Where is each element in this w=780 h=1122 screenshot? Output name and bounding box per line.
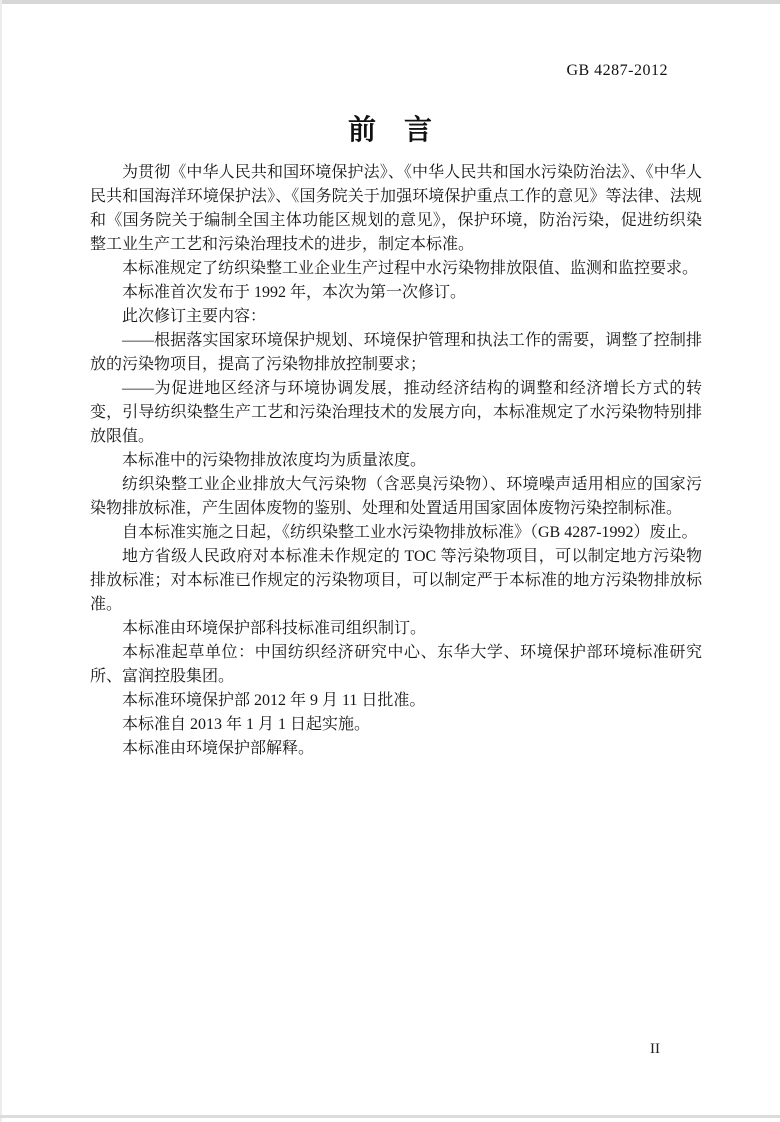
- paragraph: 本标准环境保护部 2012 年 9 月 11 日批准。: [90, 689, 702, 713]
- scan-edge-left: [0, 0, 2, 1122]
- paragraph: 此次修订主要内容：: [90, 305, 702, 329]
- paragraph: ——为促进地区经济与环境协调发展，推动经济结构的调整和经济增长方式的转变，引导纺…: [90, 377, 702, 449]
- paragraph: 本标准自 2013 年 1 月 1 日起实施。: [90, 713, 702, 737]
- paragraph: 地方省级人民政府对本标准未作规定的 TOC 等污染物项目，可以制定地方污染物排放…: [90, 545, 702, 617]
- paragraph: 自本标准实施之日起，《纺织染整工业水污染物排放标准》（GB 4287-1992）…: [90, 521, 702, 545]
- paragraphs: 为贯彻《中华人民共和国环境保护法》、《中华人民共和国水污染防治法》、《中华人民共…: [90, 161, 702, 761]
- paragraph: 纺织染整工业企业排放大气污染物（含恶臭污染物）、环境噪声适用相应的国家污染物排放…: [90, 473, 702, 521]
- paragraph: 本标准起草单位：中国纺织经济研究中心、东华大学、环境保护部环境标准研究所、富润控…: [90, 641, 702, 689]
- paragraph: 本标准规定了纺织染整工业企业生产过程中水污染物排放限值、监测和监控要求。: [90, 257, 702, 281]
- standard-number: GB 4287-2012: [566, 62, 668, 80]
- paragraph: 本标准中的污染物排放浓度均为质量浓度。: [90, 449, 702, 473]
- paragraph: 本标准由环境保护部科技标准司组织制订。: [90, 617, 702, 641]
- paragraph: 为贯彻《中华人民共和国环境保护法》、《中华人民共和国水污染防治法》、《中华人民共…: [90, 161, 702, 257]
- paragraph: ——根据落实国家环境保护规划、环境保护管理和执法工作的需要，调整了控制排放的污染…: [90, 329, 702, 377]
- page-number: II: [650, 1041, 660, 1058]
- scan-edge-bottom: [0, 1115, 780, 1118]
- page-title: 前 言: [0, 108, 780, 148]
- paragraph: 本标准由环境保护部解释。: [90, 737, 702, 761]
- paragraph: 本标准首次发布于 1992 年，本次为第一次修订。: [90, 281, 702, 305]
- scan-edge-top: [0, 0, 780, 4]
